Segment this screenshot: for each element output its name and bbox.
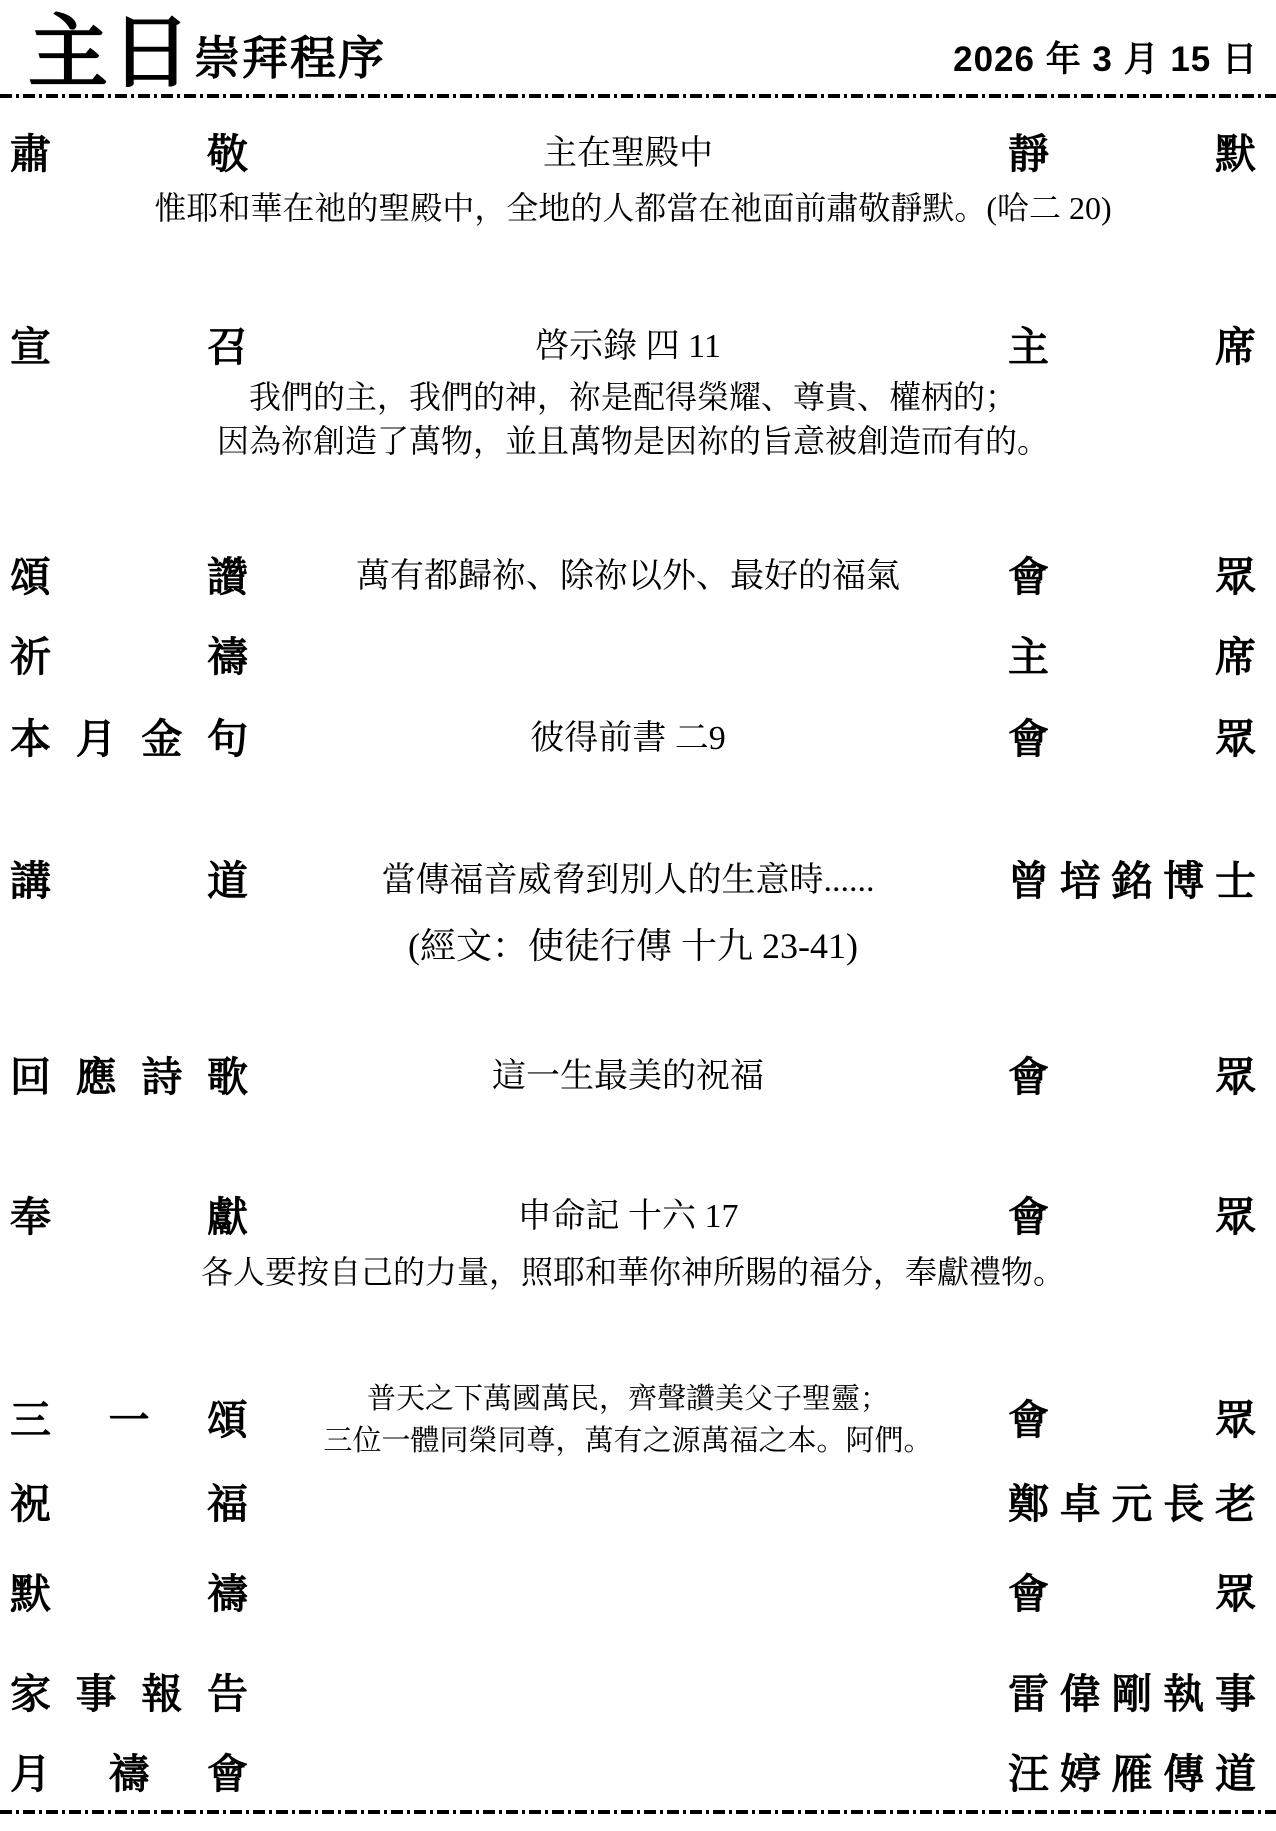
title-main: 主日 — [28, 14, 194, 92]
item-label: 本月金句 — [10, 711, 248, 767]
item-person: 會眾 — [1008, 1189, 1256, 1245]
item-note: (經文：使徒行傳 十九 23-41) — [10, 922, 1256, 970]
item-label: 奉獻 — [10, 1189, 248, 1245]
item-person: 會眾 — [1008, 1566, 1256, 1622]
bottom-divider — [0, 1810, 1276, 1814]
item-content: 萬有都歸祢、除祢以外、最好的福氣 — [248, 549, 1008, 605]
item-person: 靜默 — [1008, 126, 1256, 182]
item-note: 普天之下萬國萬民，齊聲讚美父子聖靈； — [254, 1378, 1002, 1420]
program-row-benediction: 祝福 鄭卓元長老 — [10, 1476, 1256, 1532]
program-row-monthly-prayer-meeting: 月禱會 汪婷雁傳道 — [10, 1746, 1256, 1802]
bulletin-header: 主日 崇拜程序 2026 年 3 月 15 日 — [0, 0, 1276, 94]
program-row-sermon: 講道 當傳福音威脅到別人的生意時...... 曾培銘博士 — [10, 853, 1256, 909]
item-label: 肅敬 — [10, 126, 248, 182]
item-note: 我們的主，我們的神，祢是配得榮耀、尊貴、權柄的； — [10, 375, 1256, 419]
item-content: 當傳福音威脅到別人的生意時...... — [248, 853, 1008, 909]
item-content: 彼得前書 二9 — [248, 711, 1008, 767]
program-row-silent-prayer: 默禱 會眾 — [10, 1566, 1256, 1622]
program-list: 肅敬 主在聖殿中 靜默 惟耶和華在祂的聖殿中，全地的人都當在祂面前肅敬靜默。(哈… — [0, 126, 1276, 1802]
program-row-offering: 奉獻 申命記 十六 17 會眾 — [10, 1189, 1256, 1245]
item-note: 因為祢創造了萬物，並且萬物是因祢的旨意被創造而有的。 — [10, 419, 1256, 463]
program-row-monthly-verse: 本月金句 彼得前書 二9 會眾 — [10, 711, 1256, 767]
item-note: 惟耶和華在祂的聖殿中，全地的人都當在祂面前肅敬靜默。(哈二 20) — [10, 186, 1256, 230]
item-label: 家事報告 — [10, 1666, 248, 1722]
program-row-reverence: 肅敬 主在聖殿中 靜默 — [10, 126, 1256, 182]
program-row-praise: 頌讚 萬有都歸祢、除祢以外、最好的福氣 會眾 — [10, 549, 1256, 605]
program-row-call-to-worship: 宣召 啓示錄 四 11 主席 — [10, 319, 1256, 375]
item-person: 會眾 — [1008, 711, 1256, 767]
item-label: 講道 — [10, 853, 248, 909]
item-person: 會眾 — [1008, 1392, 1256, 1448]
item-content: 這一生最美的祝福 — [248, 1049, 1008, 1105]
item-person: 主席 — [1008, 319, 1256, 375]
service-date: 2026 年 3 月 15 日 — [953, 32, 1258, 92]
program-row-announcements: 家事報告 雷偉剛執事 — [10, 1666, 1256, 1722]
item-person: 曾培銘博士 — [1008, 853, 1256, 909]
item-label: 頌讚 — [10, 549, 248, 605]
item-label: 月禱會 — [10, 1746, 248, 1802]
item-person: 會眾 — [1008, 549, 1256, 605]
item-label: 祝福 — [10, 1476, 248, 1532]
program-row-response-hymn: 回應詩歌 這一生最美的祝福 會眾 — [10, 1049, 1256, 1105]
item-note: 三位一體同榮同尊，萬有之源萬福之本。阿們。 — [254, 1420, 1002, 1462]
item-content: 普天之下萬國萬民，齊聲讚美父子聖靈； 三位一體同榮同尊，萬有之源萬福之本。阿們。 — [248, 1378, 1008, 1462]
item-content: 啓示錄 四 11 — [248, 319, 1008, 375]
item-label: 三一頌 — [10, 1392, 248, 1448]
item-label: 回應詩歌 — [10, 1049, 248, 1105]
item-note: 各人要按自己的力量，照耶和華你神所賜的福分，奉獻禮物。 — [10, 1250, 1256, 1294]
item-person: 主席 — [1008, 629, 1256, 685]
item-content: 申命記 十六 17 — [248, 1189, 1008, 1245]
item-label: 默禱 — [10, 1566, 248, 1622]
program-row-doxology: 三一頌 普天之下萬國萬民，齊聲讚美父子聖靈； 三位一體同榮同尊，萬有之源萬福之本… — [10, 1378, 1256, 1462]
title-sub: 崇拜程序 — [194, 22, 386, 92]
item-content: 主在聖殿中 — [248, 126, 1008, 182]
item-label: 宣召 — [10, 319, 248, 375]
program-row-prayer: 祈禱 主席 — [10, 629, 1256, 685]
item-person: 會眾 — [1008, 1049, 1256, 1105]
item-person: 鄭卓元長老 — [1008, 1476, 1256, 1532]
item-person: 雷偉剛執事 — [1008, 1666, 1256, 1722]
item-person: 汪婷雁傳道 — [1008, 1746, 1256, 1802]
item-label: 祈禱 — [10, 629, 248, 685]
